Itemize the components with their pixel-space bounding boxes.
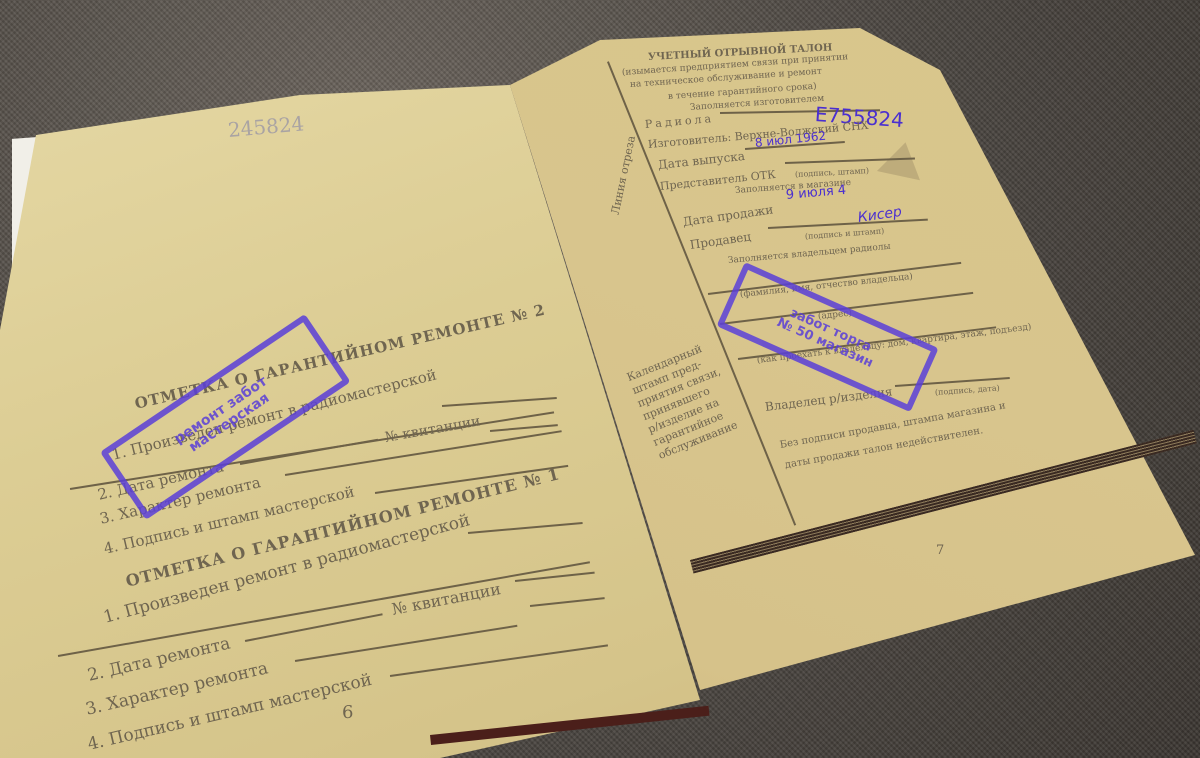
warranty-booklet: 245824 ОТМЕТКА О ГАРАНТИЙНОМ РЕМОНТЕ № 2… [0, 0, 1200, 758]
left-page-number: 6 [342, 702, 353, 723]
right-page-number: 7 [936, 543, 944, 558]
